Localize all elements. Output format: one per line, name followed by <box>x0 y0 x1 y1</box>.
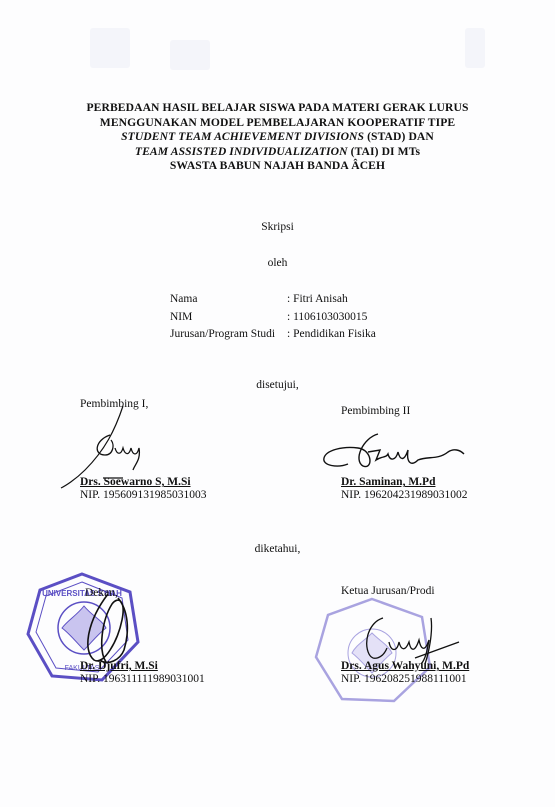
head-block: Drs. Agus Wahyuni, M.Pd NIP. 19620825198… <box>341 660 469 686</box>
info-row: Nama : Fitri Anisah <box>170 291 376 309</box>
dean-block: Dr. Djufri, M.Si NIP. 196311111989031001 <box>80 660 205 686</box>
head-signature <box>355 612 465 667</box>
info-row: NIM : 1106103030015 <box>170 309 376 327</box>
info-row: Jurusan/Program Studi : Pendidikan Fisik… <box>170 326 376 344</box>
info-label: NIM <box>170 309 287 327</box>
supervisor2-signature <box>318 430 468 480</box>
info-value: : Pendidikan Fisika <box>287 326 376 344</box>
info-value: : 1106103030015 <box>287 309 367 327</box>
supervisor2-role: Pembimbing II <box>341 405 410 418</box>
bleed-through-mark <box>465 28 485 68</box>
supervisor1-name: Drs. Soewarno S, M.Si <box>80 476 207 489</box>
by-label: oleh <box>0 257 555 269</box>
title-rest: (STAD) DAN <box>364 130 434 143</box>
info-label: Jurusan/Program Studi <box>170 326 287 344</box>
title-line: MENGGUNAKAN MODEL PEMBELAJARAN KOOPERATI… <box>0 116 555 131</box>
title-italic: TEAM ASSISTED INDIVIDUALIZATION <box>135 145 348 158</box>
approved-label: disetujui, <box>0 379 555 391</box>
head-nip: NIP. 196208251988111001 <box>341 673 469 686</box>
title-line: PERBEDAAN HASIL BELAJAR SISWA PADA MATER… <box>0 101 555 116</box>
supervisor2-name: Dr. Saminan, M.Pd <box>341 476 468 489</box>
document-page: PERBEDAAN HASIL BELAJAR SISWA PADA MATER… <box>0 0 555 807</box>
supervisor1-block: Drs. Soewarno S, M.Si NIP. 1956091319850… <box>80 476 207 502</box>
known-label: diketahui, <box>0 543 555 555</box>
thesis-title: PERBEDAAN HASIL BELAJAR SISWA PADA MATER… <box>0 101 555 174</box>
dean-nip: NIP. 196311111989031001 <box>80 673 205 686</box>
dean-signature <box>78 590 138 670</box>
info-value: : Fitri Anisah <box>287 291 348 309</box>
doc-type: Skripsi <box>0 221 555 233</box>
dean-name: Dr. Djufri, M.Si <box>80 660 205 673</box>
info-label: Nama <box>170 291 287 309</box>
student-info: Nama : Fitri Anisah NIM : 1106103030015 … <box>170 291 376 344</box>
title-line: SWASTA BABUN NAJAH BANDA ÂCEH <box>0 159 555 174</box>
supervisor2-nip: NIP. 196204231989031002 <box>341 489 468 502</box>
title-italic: STUDENT TEAM ACHIEVEMENT DIVISIONS <box>121 130 364 143</box>
title-line: TEAM ASSISTED INDIVIDUALIZATION (TAI) DI… <box>0 145 555 160</box>
bleed-through-mark <box>90 28 130 68</box>
title-line: STUDENT TEAM ACHIEVEMENT DIVISIONS (STAD… <box>0 130 555 145</box>
supervisor1-nip: NIP. 195609131985031003 <box>80 489 207 502</box>
title-rest: (TAI) DI MTs <box>348 145 420 158</box>
head-name: Drs. Agus Wahyuni, M.Pd <box>341 660 469 673</box>
supervisor2-block: Dr. Saminan, M.Pd NIP. 19620423198903100… <box>341 476 468 502</box>
head-role: Ketua Jurusan/Prodi <box>341 585 435 598</box>
bleed-through-mark <box>170 40 210 70</box>
